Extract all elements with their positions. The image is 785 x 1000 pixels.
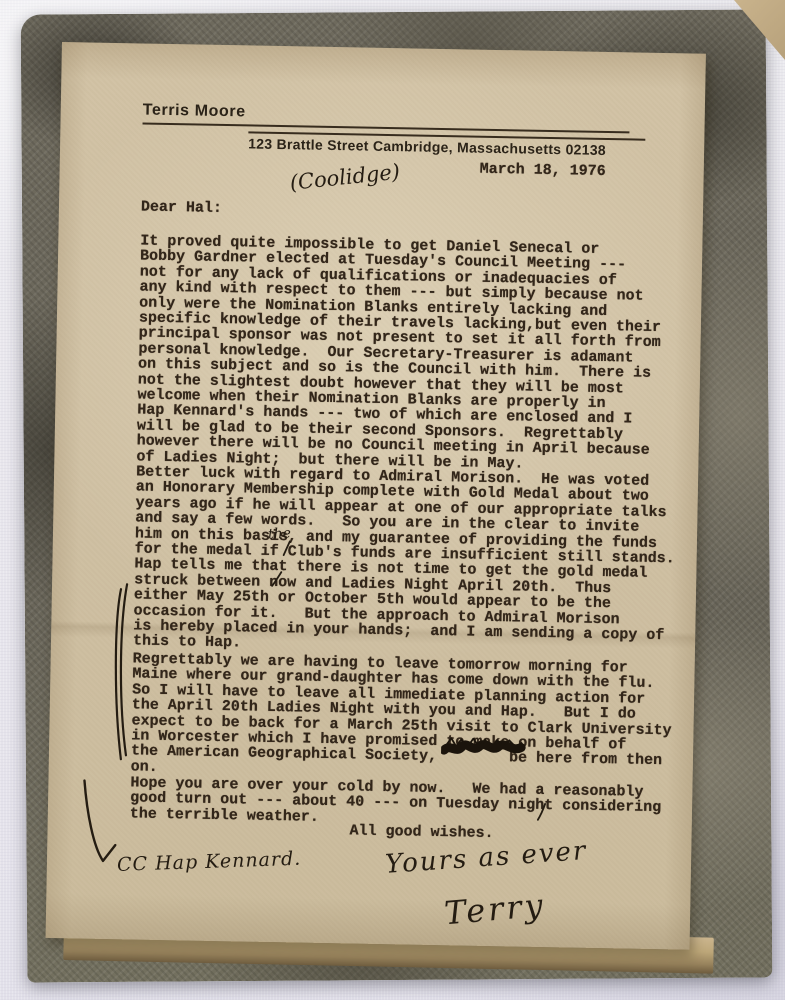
- letterhead-name: Terris Moore: [143, 101, 246, 121]
- letter-date: March 18, 1976: [480, 162, 606, 180]
- paragraph-2: Better luck with regard to Admiral Moris…: [133, 464, 676, 659]
- letterhead-rule-top: [143, 122, 630, 133]
- pen-correction-mark: [270, 571, 284, 587]
- paragraph-1: It proved quite impossible to get Daniel…: [136, 233, 662, 474]
- ink-scribble-redaction: [441, 735, 527, 759]
- salutation: Dear Hal:: [141, 199, 222, 216]
- margin-bracket-mark: [109, 581, 136, 767]
- closing-line: All good wishes.: [349, 823, 493, 841]
- handwritten-coolidge-note: (Coolidge): [289, 160, 401, 195]
- insertion-caret-mark: [282, 540, 292, 556]
- handwritten-comma-mark: [537, 803, 547, 821]
- photo-scene: Terris Moore 123 Brattle Street Cambridg…: [0, 0, 785, 1000]
- paragraph-3: Regrettably we are having to leave tomor…: [131, 651, 673, 784]
- handwritten-signature: Terry: [443, 886, 547, 933]
- handwritten-cc-note: CC Hap Kennard.: [117, 848, 302, 876]
- handwritten-valediction: Yours as ever: [384, 836, 588, 880]
- typed-letter-page: Terris Moore 123 Brattle Street Cambridg…: [46, 42, 706, 950]
